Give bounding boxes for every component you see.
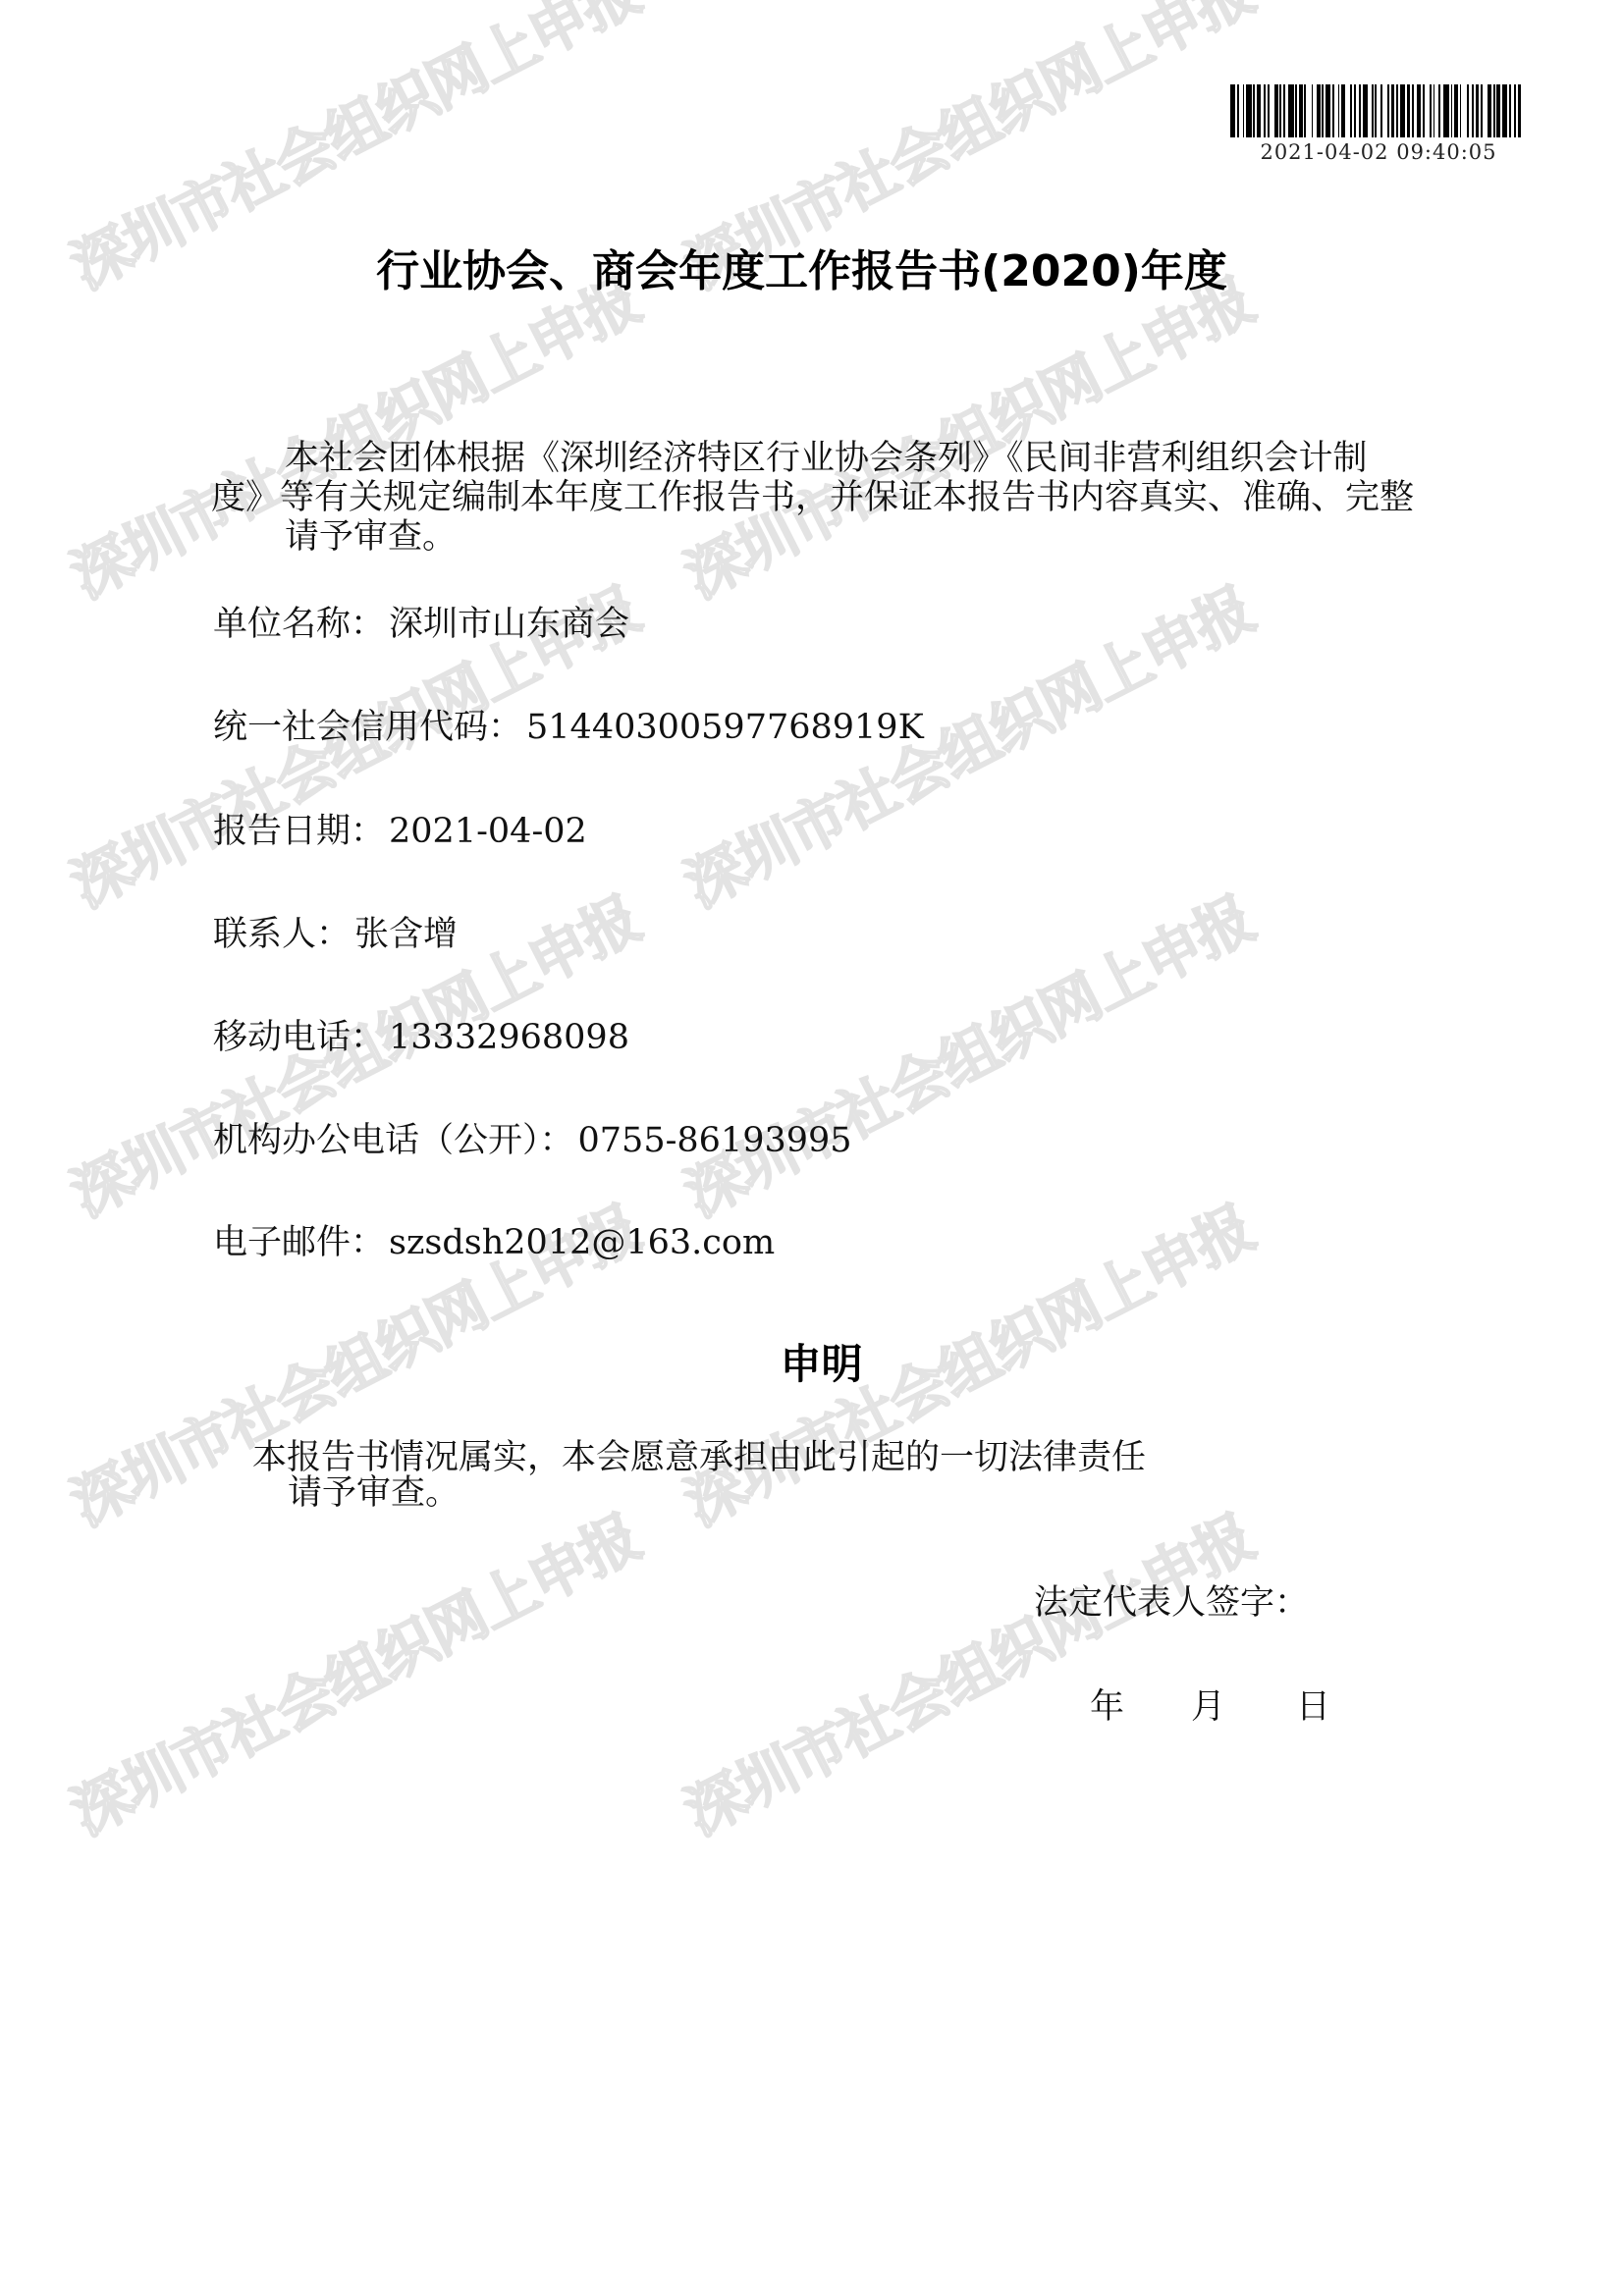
field-mobile-phone: 移动电话：13332968098 (213, 1017, 629, 1058)
field-value: 0755-86193995 (578, 1121, 852, 1160)
field-label: 电子邮件： (213, 1223, 385, 1262)
field-value: 2021-04-02 (389, 812, 587, 851)
signature-label: 法定代表人签字： (1034, 1582, 1309, 1624)
barcode-timestamp: 2021-04-02 09:40:05 (1230, 140, 1527, 164)
intro-line-1: 本社会团体根据《深圳经济特区行业协会条列》《民间非营利组织会计制 (211, 439, 1517, 478)
field-value: 13332968098 (389, 1018, 629, 1057)
barcode (1230, 84, 1527, 137)
field-office-phone: 机构办公电话（公开）：0755-86193995 (213, 1120, 852, 1161)
field-value: 51440300597768919K (526, 708, 924, 747)
field-credit-code: 统一社会信用代码：51440300597768919K (213, 707, 924, 748)
document-title: 行业协会、商会年度工作报告书(2020)年度 (0, 236, 1623, 298)
intro-paragraph: 本社会团体根据《深圳经济特区行业协会条列》《民间非营利组织会计制 度》等有关规定… (211, 439, 1517, 557)
barcode-space (1521, 84, 1526, 137)
declaration-title: 申明 (0, 1332, 1623, 1391)
intro-line-3: 请予审查。 (211, 517, 1517, 557)
field-contact-person: 联系人：张含增 (213, 914, 458, 955)
field-email: 电子邮件：szsdsh2012@163.com (213, 1222, 775, 1263)
field-value: szsdsh2012@163.com (389, 1223, 775, 1262)
declaration-text: 本报告书情况属实，本会愿意承担由此引起的一切法律责任 请予审查。 (252, 1440, 1146, 1511)
date-month-label: 月 (1191, 1686, 1225, 1728)
field-label: 机构办公电话（公开）： (213, 1121, 574, 1160)
field-label: 联系人： (213, 915, 351, 954)
document-content: 2021-04-02 09:40:05 行业协会、商会年度工作报告书(2020)… (0, 0, 1623, 2296)
field-label: 报告日期： (213, 812, 385, 851)
declaration-line-2: 请予审查。 (252, 1475, 1146, 1511)
document-page: 深圳市社会组织网上申报 深圳市社会组织网上申报 深圳市社会组织网上申报 深圳市社… (0, 0, 1623, 2296)
declaration-line-1: 本报告书情况属实，本会愿意承担由此引起的一切法律责任 (252, 1440, 1146, 1475)
field-label: 移动电话： (213, 1018, 385, 1057)
date-day-label: 日 (1296, 1686, 1330, 1728)
date-year-label: 年 (1090, 1686, 1124, 1728)
intro-line-2: 度》等有关规定编制本年度工作报告书，并保证本报告书内容真实、准确、完整 (211, 478, 1517, 517)
field-value: 深圳市山东商会 (389, 605, 629, 644)
field-unit-name: 单位名称：深圳市山东商会 (213, 604, 629, 645)
field-label: 统一社会信用代码： (213, 708, 522, 747)
field-label: 单位名称： (213, 605, 385, 644)
field-value: 张含增 (354, 915, 458, 954)
field-report-date: 报告日期：2021-04-02 (213, 811, 587, 852)
